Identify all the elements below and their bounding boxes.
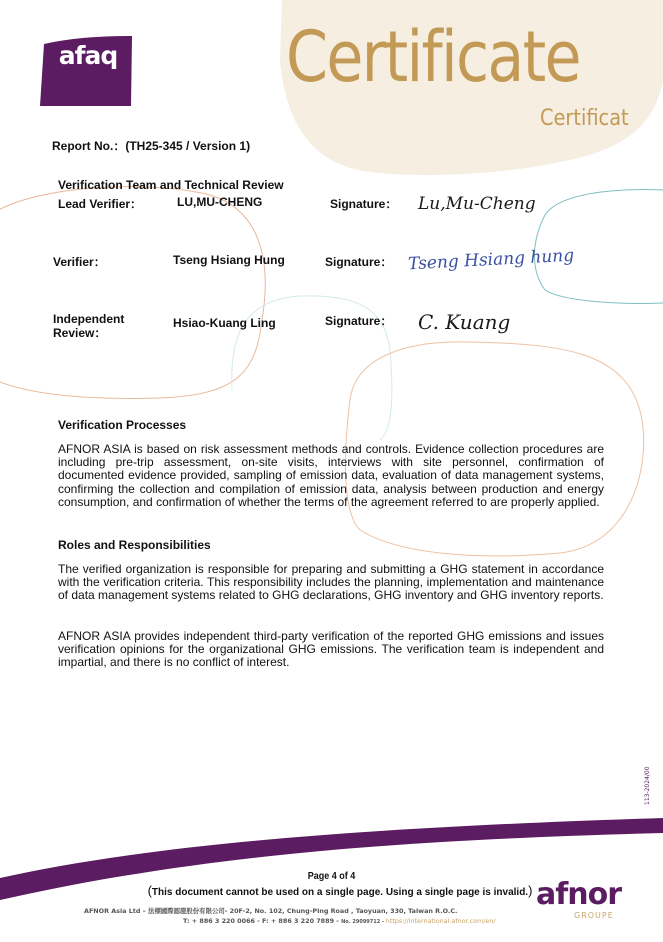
team-heading: Verification Team and Technical Review [58,178,284,192]
footer-address: AFNOR Asia Ltd – 法標國際認證股份有限公司- 20F-2, No… [84,906,457,915]
verification-processes-paragraph: AFNOR ASIA is based on risk assessment m… [58,443,604,509]
independent-reviewer-signature-label: Signature： [325,312,392,329]
footer-contact: T: + 886 3 220 0066 - F: + 886 3 220 788… [183,917,496,925]
lead-verifier-label: Lead Verifier： [58,195,142,212]
lead-verifier-name: LU,MU-CHENG [177,195,262,209]
afnor-groupe-logo: afnor GROUPE [536,880,636,928]
verifier-name: Tseng Hsiang Hung [173,253,285,267]
form-code-vertical: 113-2024/00 [644,805,663,812]
certificate-subtitle: Certificat [540,108,629,130]
section-heading-roles: Roles and Responsibilities [58,538,211,552]
footer-registration-no: No. 29099712 - [341,919,386,925]
independent-reviewer-signature: C. Kuang [418,310,510,334]
independent-review-label: Independent Review： [53,312,124,340]
lead-verifier-signature: Lu,Mu-Cheng [418,194,536,214]
report-number-value: (TH25-345 / Version 1) [125,139,250,153]
report-number-label: Report No.： [52,139,125,153]
afnor-logo-subtext: GROUPE [574,911,614,920]
peach-outline-left [0,187,265,399]
verifier-signature-label: Signature： [325,253,392,270]
single-page-notice: (This document cannot be used on a singl… [100,883,580,898]
lead-verifier-signature-label: Signature： [330,195,397,212]
certificate-title: Certificate [286,22,580,92]
form-code-text: 113-2024/00 [644,766,651,805]
roles-paragraph-1: The verified organization is responsible… [58,563,604,603]
footer-phone-fax: T: + 886 3 220 0066 - F: + 886 3 220 788… [183,917,341,925]
roles-paragraph-2: AFNOR ASIA provides independent third-pa… [58,630,604,670]
verifier-label: Verifier： [53,253,106,270]
afnor-logo-text: afnor [536,880,621,910]
footer-website-link[interactable]: https://international.afnor.com/en/ [386,917,496,925]
notice-text: This document cannot be used on a single… [152,887,528,898]
independent-review-label-line1: Independent [53,312,124,326]
afaq-logo: afaq [40,36,132,106]
report-number: Report No.：(TH25-345 / Version 1) [52,137,250,154]
notice-close-paren: ) [528,883,532,898]
independent-review-label-line2: Review： [53,326,124,340]
afaq-logo-text: afaq [46,41,130,70]
independent-reviewer-name: Hsiao-Kuang Ling [173,316,276,330]
section-heading-verification-processes: Verification Processes [58,418,186,432]
